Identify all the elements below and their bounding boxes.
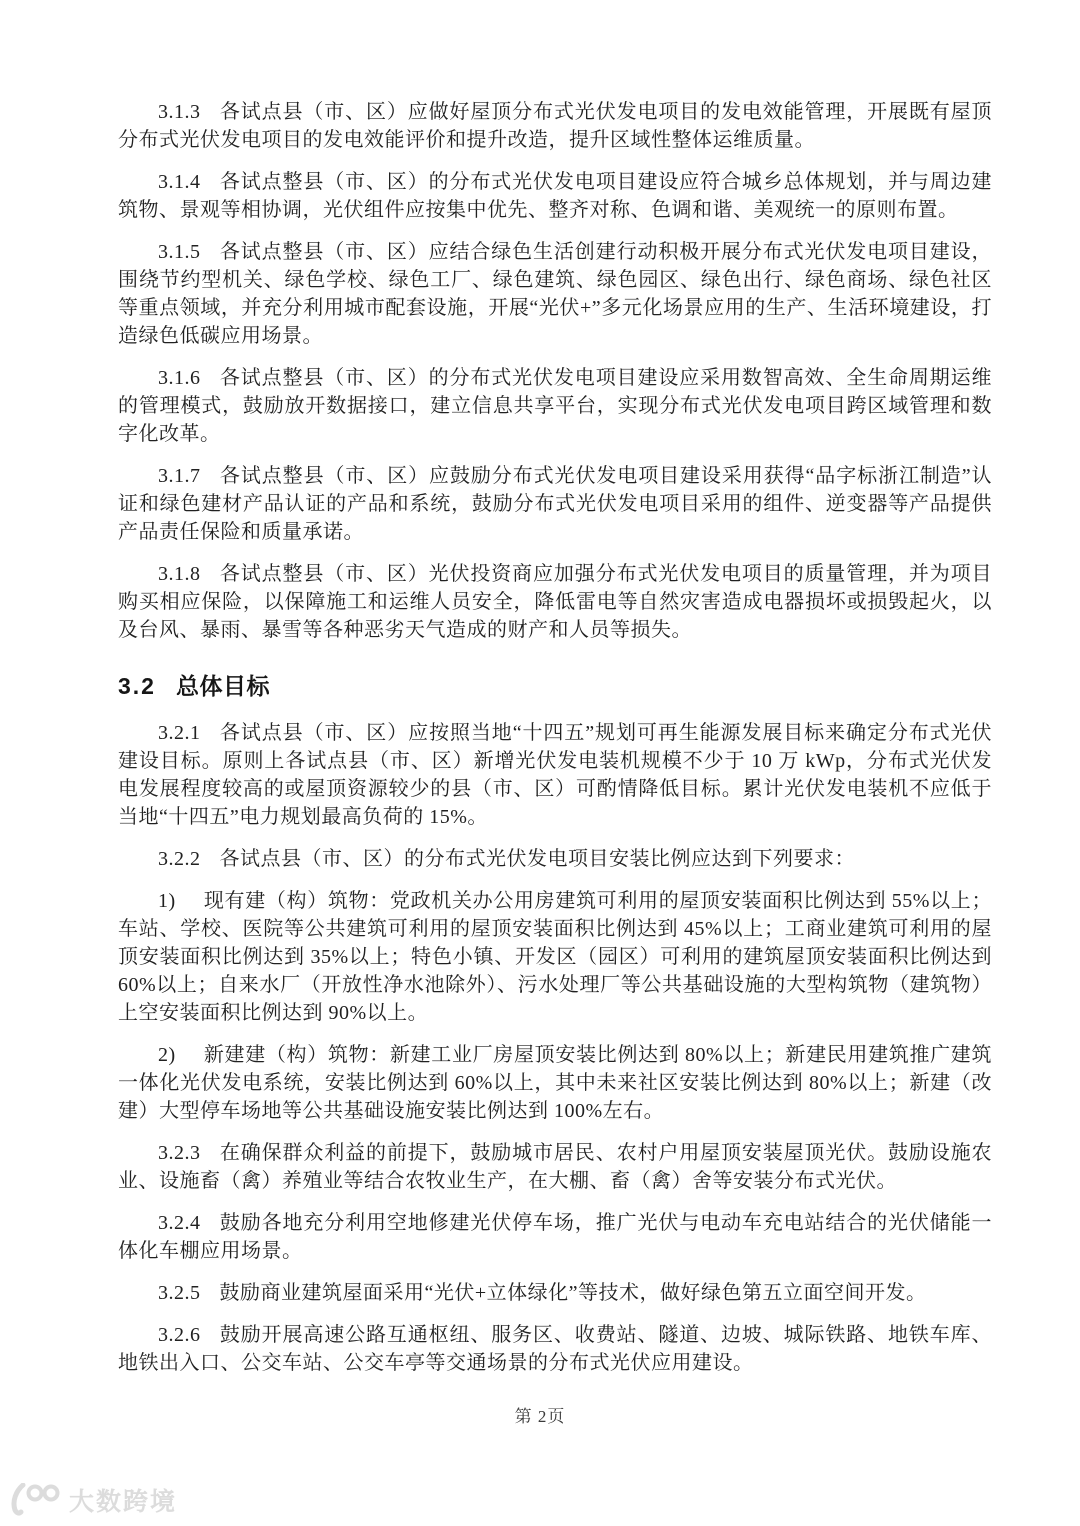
clause-text: 各试点整县（市、区）应鼓励分布式光伏发电项目建设采用获得“品字标浙江制造”认证和… <box>118 465 992 543</box>
clause-number: 3.2.1 <box>158 722 201 744</box>
watermark: 大数跨境 <box>8 1482 177 1518</box>
list-item-2: 2)新建建（构）筑物：新建工业厂房屋顶安装比例达到 80%以上；新建民用建筑推广… <box>118 1041 992 1125</box>
paragraph-3-2-3: 3.2.3在确保群众利益的前提下，鼓励城市居民、农村户用屋顶安装屋顶光伏。鼓励设… <box>118 1139 992 1195</box>
section-number: 3.2 <box>118 673 156 699</box>
paragraph-3-2-6: 3.2.6鼓励开展高速公路互通枢纽、服务区、收费站、隧道、边坡、城际铁路、地铁车… <box>118 1321 992 1377</box>
clause-number: 3.2.3 <box>158 1142 201 1164</box>
clause-text: 各试点整县（市、区）应结合绿色生活创建行动积极开展分布式光伏发电项目建设，围绕节… <box>118 241 992 347</box>
clause-text: 各试点整县（市、区）的分布式光伏发电项目建设应符合城乡总体规划，并与周边建筑物、… <box>118 171 992 221</box>
paragraph-3-1-7: 3.1.7各试点整县（市、区）应鼓励分布式光伏发电项目建设采用获得“品字标浙江制… <box>118 462 992 546</box>
clause-number: 3.1.5 <box>158 241 201 263</box>
clause-text: 现有建（构）筑物：党政机关办公用房建筑可利用的屋顶安装面积比例达到 55%以上；… <box>118 890 992 1024</box>
clause-text: 鼓励各地充分利用空地修建光伏停车场，推广光伏与电动车充电站结合的光伏储能一体化车… <box>118 1212 992 1262</box>
clause-number: 3.1.3 <box>158 101 201 123</box>
clause-text: 新建建（构）筑物：新建工业厂房屋顶安装比例达到 80%以上；新建民用建筑推广建筑… <box>118 1044 992 1122</box>
clause-number: 3.1.4 <box>158 171 201 193</box>
list-item-number: 2) <box>158 1044 176 1066</box>
clause-number: 3.2.2 <box>158 848 201 870</box>
clause-number: 3.2.4 <box>158 1212 201 1234</box>
clause-text: 在确保群众利益的前提下，鼓励城市居民、农村户用屋顶安装屋顶光伏。鼓励设施农业、设… <box>118 1142 992 1192</box>
paragraph-3-1-8: 3.1.8各试点整县（市、区）光伏投资商应加强分布式光伏发电项目的质量管理，并为… <box>118 560 992 644</box>
paragraph-3-1-5: 3.1.5各试点整县（市、区）应结合绿色生活创建行动积极开展分布式光伏发电项目建… <box>118 238 992 350</box>
watermark-text: 大数跨境 <box>69 1482 177 1518</box>
page-number: 第 2页 <box>0 1402 1080 1427</box>
clause-text: 各试点整县（市、区）的分布式光伏发电项目建设应采用数智高效、全生命周期运维的管理… <box>118 367 992 445</box>
clause-number: 3.1.8 <box>158 563 201 585</box>
clause-text: 各试点整县（市、区）光伏投资商应加强分布式光伏发电项目的质量管理，并为项目购买相… <box>118 563 992 641</box>
clause-number: 3.1.7 <box>158 465 201 487</box>
paragraph-3-2-2: 3.2.2各试点县（市、区）的分布式光伏发电项目安装比例应达到下列要求： <box>118 845 992 873</box>
clause-number: 3.1.6 <box>158 367 201 389</box>
list-item-1: 1)现有建（构）筑物：党政机关办公用房建筑可利用的屋顶安装面积比例达到 55%以… <box>118 887 992 1027</box>
list-item-number: 1) <box>158 890 176 912</box>
paragraph-3-2-1: 3.2.1各试点县（市、区）应按照当地“十四五”规划可再生能源发展目标来确定分布… <box>118 719 992 831</box>
paragraph-3-1-4: 3.1.4各试点整县（市、区）的分布式光伏发电项目建设应符合城乡总体规划，并与周… <box>118 168 992 224</box>
section-heading-3-2: 3.2总体目标 <box>118 668 992 701</box>
watermark-logo-icon <box>8 1483 60 1517</box>
clause-text: 鼓励商业建筑屋面采用“光伏+立体绿化”等技术，做好绿色第五立面空间开发。 <box>220 1282 927 1304</box>
paragraph-3-2-5: 3.2.5鼓励商业建筑屋面采用“光伏+立体绿化”等技术，做好绿色第五立面空间开发… <box>118 1279 992 1307</box>
paragraph-3-1-6: 3.1.6各试点整县（市、区）的分布式光伏发电项目建设应采用数智高效、全生命周期… <box>118 364 992 448</box>
clause-text: 鼓励开展高速公路互通枢纽、服务区、收费站、隧道、边坡、城际铁路、地铁车库、地铁出… <box>118 1324 992 1374</box>
clause-number: 3.2.5 <box>158 1282 201 1304</box>
document-page: 3.1.3各试点县（市、区）应做好屋顶分布式光伏发电项目的发电效能管理，开展既有… <box>0 0 1080 1526</box>
clause-number: 3.2.6 <box>158 1324 201 1346</box>
section-title: 总体目标 <box>176 673 270 699</box>
paragraph-3-2-4: 3.2.4鼓励各地充分利用空地修建光伏停车场，推广光伏与电动车充电站结合的光伏储… <box>118 1209 992 1265</box>
clause-text: 各试点县（市、区）应按照当地“十四五”规划可再生能源发展目标来确定分布式光伏建设… <box>118 722 992 828</box>
clause-text: 各试点县（市、区）应做好屋顶分布式光伏发电项目的发电效能管理，开展既有屋顶分布式… <box>118 101 992 151</box>
clause-text: 各试点县（市、区）的分布式光伏发电项目安装比例应达到下列要求： <box>220 848 856 870</box>
paragraph-3-1-3: 3.1.3各试点县（市、区）应做好屋顶分布式光伏发电项目的发电效能管理，开展既有… <box>118 98 992 154</box>
document-body: 3.1.3各试点县（市、区）应做好屋顶分布式光伏发电项目的发电效能管理，开展既有… <box>118 98 992 1391</box>
